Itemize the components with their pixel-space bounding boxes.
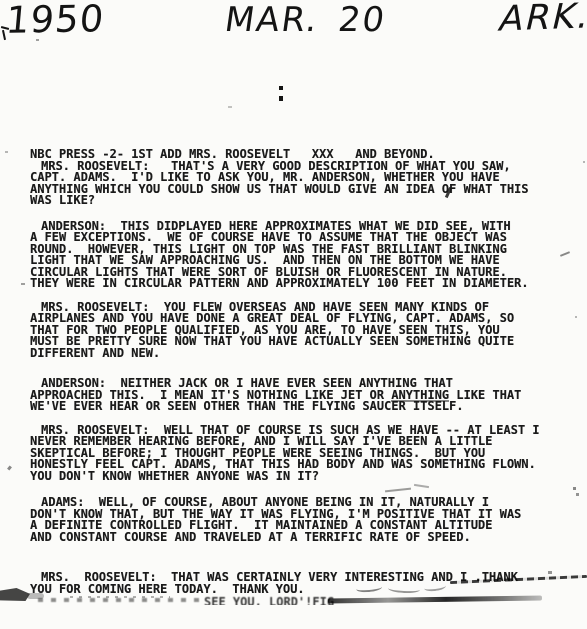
illegible-fragments (70, 596, 170, 598)
noise-speck (548, 571, 552, 574)
dialogue-paragraphs: MRS. ROOSEVELT: THAT'S A VERY GOOD DESCR… (30, 161, 570, 596)
handwritten-date: MAR. 20 (223, 3, 389, 37)
paragraph: MRS. ROOSEVELT: WELL THAT OF COURSE IS S… (30, 425, 570, 483)
noise-speck (5, 151, 8, 153)
underline-smudge (391, 400, 449, 402)
cutoff-text: SEE YOU, LORD'!FIG (204, 595, 334, 605)
text-line: AND CONSTANT COURSE AND TRAVELED AT A TE… (30, 532, 570, 544)
ink-smear (328, 596, 542, 604)
illegible-fragments (38, 598, 200, 602)
noise-speck (583, 161, 585, 163)
paragraph: ANDERSON: THIS DIDPLAYED HERE APPROXIMAT… (30, 221, 570, 290)
text-line: THEY WERE IN CIRCULAR PATTERN AND APPROX… (30, 278, 570, 290)
handwritten-year: 1950 (4, 0, 106, 39)
paragraph: MRS. ROOSEVELT: THAT WAS CERTAINLY VERY … (30, 572, 570, 595)
handwritten-state: ARK. (496, 0, 587, 38)
noise-speck (228, 106, 232, 108)
noise-speck (573, 487, 576, 490)
transcript-body: NBC PRESS -2- 1ST ADD MRS. ROOSEVELT XXX… (30, 149, 570, 595)
text-line: ANYTHING WHICH YOU COULD SHOW US THAT WO… (30, 184, 570, 196)
stray-colon-mark (279, 86, 284, 101)
paragraph: ADAMS: WELL, OF COURSE, ABOUT ANYONE BEI… (30, 497, 570, 543)
paragraph: MRS. ROOSEVELT: THAT'S A VERY GOOD DESCR… (30, 161, 570, 207)
cutoff-line: SEE YOU, LORD'!FIG (0, 595, 587, 605)
noise-speck (21, 283, 25, 285)
noise-speck (36, 39, 39, 41)
document-page: 1950 MAR. 20 ARK. NBC PRESS -2- 1ST ADD … (0, 0, 587, 629)
text-line: YOU DON'T KNOW WHETHER ANYONE WAS IN IT? (30, 471, 570, 483)
ink-blot (0, 588, 30, 601)
text-line: WE'VE EVER HEAR OR SEEN OTHER THAN THE F… (30, 401, 570, 413)
text-line: WAS LIKE? (30, 195, 570, 207)
text-line: YOU FOR COMING HERE TODAY. THANK YOU. (30, 584, 570, 596)
paragraph: MRS. ROOSEVELT: YOU FLEW OVERSEAS AND HA… (30, 302, 570, 360)
text-line: DIFFERENT AND NEW. (30, 348, 570, 360)
noise-speck (575, 316, 577, 318)
noise-speck (576, 493, 579, 496)
paragraph: ANDERSON: NEITHER JACK OR I HAVE EVER SE… (30, 378, 570, 413)
ink-blot (27, 593, 44, 599)
noise-speck (7, 466, 12, 471)
